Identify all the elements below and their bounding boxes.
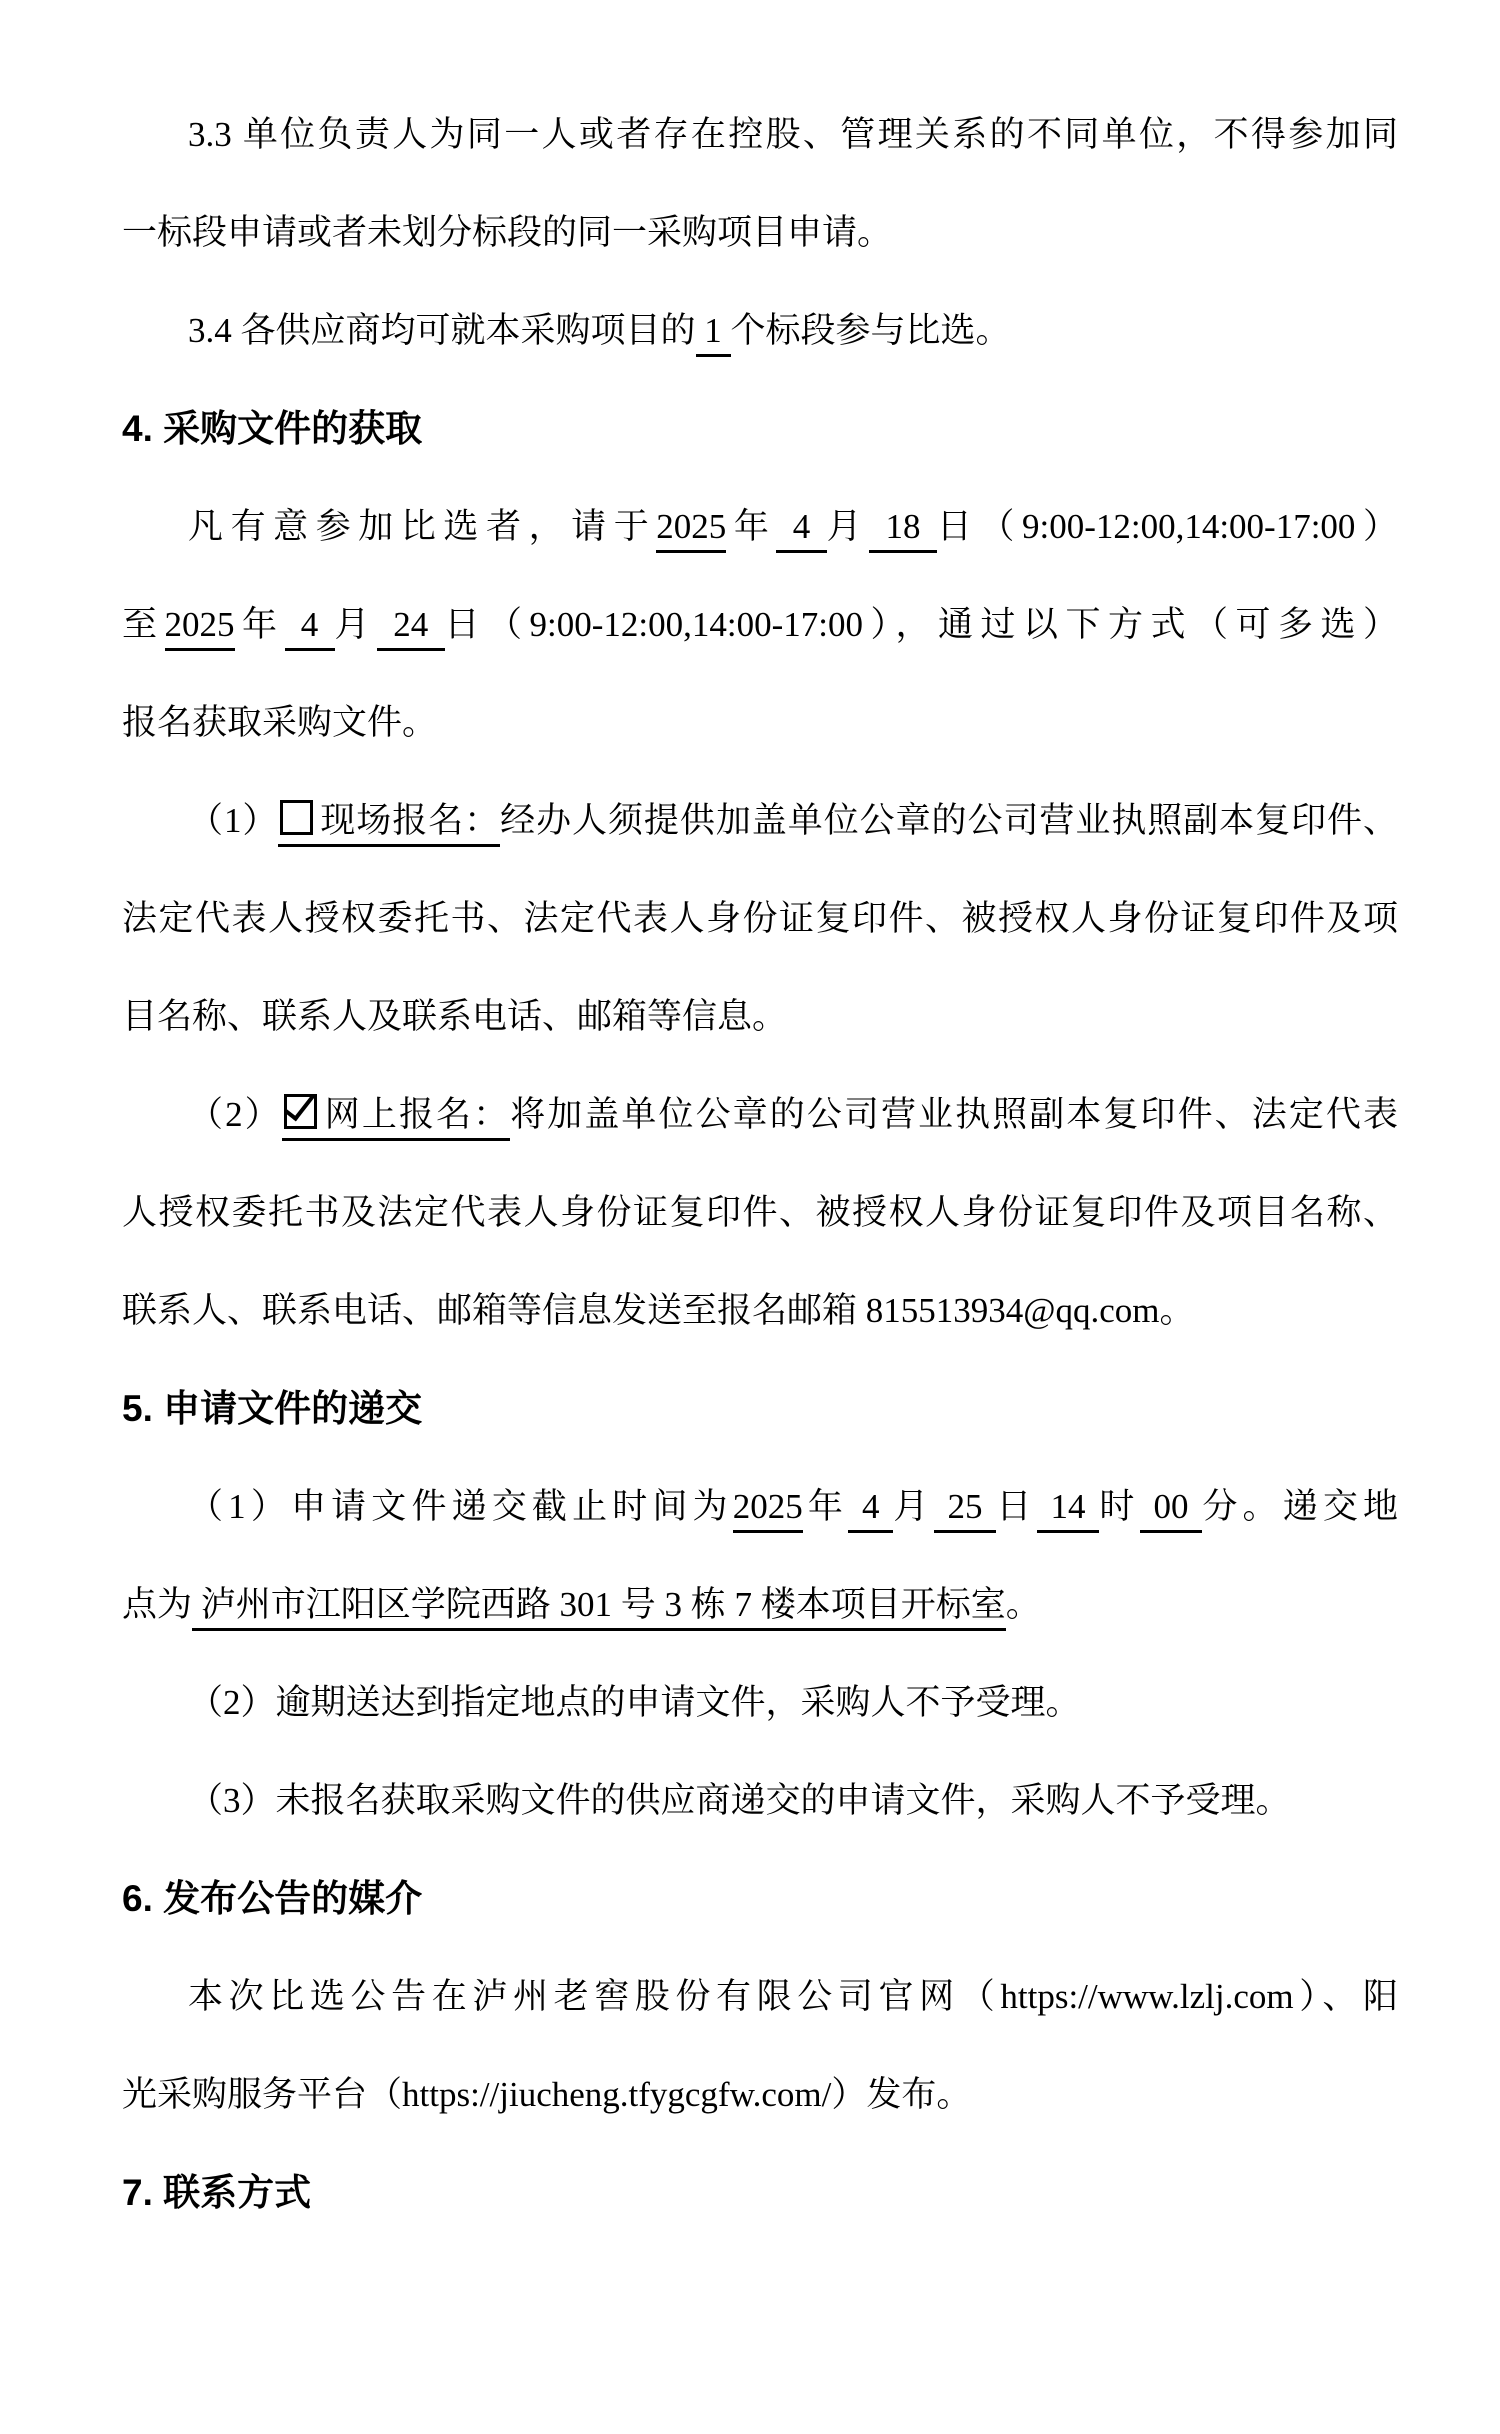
text: （1）申请文件递交截止时间为 [188, 1487, 733, 1526]
onsite-registration-label: 现场报名： [319, 801, 500, 840]
text: 日 [996, 1487, 1036, 1526]
para-5-3: （3）未报名获取采购文件的供应商递交的申请文件，采购人不予受理。 [122, 1752, 1398, 1850]
para-5-2: （2）逾期送达到指定地点的申请文件，采购人不予受理。 [122, 1654, 1398, 1752]
text: 月 [827, 507, 870, 546]
deadline-hour-underlined: 14 [1037, 1487, 1100, 1533]
para-3-4-text-pre: 3.4 各供应商均可就本采购项目的 [188, 311, 696, 350]
text: 日（9:00-12:00,14:00-17:00） [937, 507, 1398, 546]
start-month-underlined: 4 [776, 507, 826, 553]
onsite-registration-underlined: 现场报名： [278, 801, 500, 847]
item-1-marker: （1） [188, 801, 278, 840]
para-3-3-line-2: 一标段申请或者未划分标段的同一采购项目申请。 [122, 184, 1398, 282]
section-5-heading: 5. 申请文件的递交 [122, 1360, 1398, 1458]
end-day-underlined: 24 [377, 605, 445, 651]
online-registration-underlined: 网上报名： [282, 1095, 510, 1141]
text: 月 [335, 605, 378, 644]
text: 年 [803, 1487, 848, 1526]
text: 年 [235, 605, 285, 644]
para-4-line-2: 至2025年 4 月 24 日（9:00-12:00,14:00-17:00），… [122, 576, 1398, 674]
section-6-heading: 6. 发布公告的媒介 [122, 1850, 1398, 1948]
online-registration-line-2: 人授权委托书及法定代表人身份证复印件、被授权人身份证复印件及项目名称、 [122, 1164, 1398, 1262]
para-4-line-3: 报名获取采购文件。 [122, 674, 1398, 772]
para-4-line-1: 凡有意参加比选者，请于2025年 4 月 18 日（9:00-12:00,14:… [122, 478, 1398, 576]
text: 凡有意参加比选者，请于 [188, 507, 656, 546]
end-year-underlined: 2025 [165, 605, 235, 651]
text: 时 [1099, 1487, 1139, 1526]
start-year-underlined: 2025 [656, 507, 726, 553]
end-month-underlined: 4 [285, 605, 335, 651]
onsite-registration-checkbox-unchecked-icon [280, 800, 313, 835]
item-2-marker: （2） [188, 1095, 282, 1134]
submission-address-underlined: 泸州市江阳区学院西路 301 号 3 栋 7 楼本项目开标室 [192, 1585, 1006, 1631]
deadline-day-underlined: 25 [934, 1487, 997, 1533]
deadline-line-1: （1）申请文件递交截止时间为2025年 4 月 25 日 14 时 00 分。递… [122, 1458, 1398, 1556]
section-4-heading: 4. 采购文件的获取 [122, 380, 1398, 478]
online-registration-line-1: （2）网上报名：将加盖单位公章的公司营业执照副本复印件、法定代表 [122, 1066, 1398, 1164]
start-day-underlined: 18 [869, 507, 937, 553]
text: 将加盖单位公章的公司营业执照副本复印件、法定代表 [510, 1095, 1398, 1134]
para-3-4: 3.4 各供应商均可就本采购项目的 1 个标段参与比选。 [122, 282, 1398, 380]
online-registration-line-3: 联系人、联系电话、邮箱等信息发送至报名邮箱 815513934@qq.com。 [122, 1262, 1398, 1360]
announcement-media-line-1: 本次比选公告在泸州老窖股份有限公司官网（https://www.lzlj.com… [122, 1948, 1398, 2046]
deadline-month-underlined: 4 [848, 1487, 893, 1533]
onsite-registration-line-3: 目名称、联系人及联系电话、邮箱等信息。 [122, 968, 1398, 1066]
onsite-registration-line-2: 法定代表人授权委托书、法定代表人身份证复印件、被授权人身份证复印件及项 [122, 870, 1398, 968]
para-3-3-line-1: 3.3 单位负责人为同一人或者存在控股、管理关系的不同单位，不得参加同 [122, 86, 1398, 184]
deadline-minute-underlined: 00 [1140, 1487, 1203, 1533]
document-page: 3.3 单位负责人为同一人或者存在控股、管理关系的不同单位，不得参加同 一标段申… [0, 0, 1500, 2434]
onsite-registration-line-1: （1）现场报名：经办人须提供加盖单位公章的公司营业执照副本复印件、 [122, 772, 1398, 870]
online-registration-checkbox-checked-icon [284, 1094, 317, 1129]
text: 点为 [122, 1585, 192, 1624]
text: 经办人须提供加盖单位公章的公司营业执照副本复印件、 [500, 801, 1398, 840]
text: 月 [893, 1487, 933, 1526]
text: 分。递交地 [1202, 1487, 1398, 1526]
text: 。 [1006, 1585, 1041, 1624]
para-3-4-text-post: 个标段参与比选。 [731, 311, 1011, 350]
text: 日（9:00-12:00,14:00-17:00），通过以下方式（可多选） [445, 605, 1398, 644]
announcement-media-line-2: 光采购服务平台（https://jiucheng.tfygcgfw.com/）发… [122, 2046, 1398, 2144]
deadline-year-underlined: 2025 [733, 1487, 803, 1533]
online-registration-label: 网上报名： [323, 1095, 510, 1134]
text: 年 [726, 507, 776, 546]
lot-count-underlined-value: 1 [696, 311, 731, 357]
deadline-line-2: 点为 泸州市江阳区学院西路 301 号 3 栋 7 楼本项目开标室。 [122, 1556, 1398, 1654]
text: 至 [122, 605, 165, 644]
section-7-heading: 7. 联系方式 [122, 2144, 1398, 2242]
